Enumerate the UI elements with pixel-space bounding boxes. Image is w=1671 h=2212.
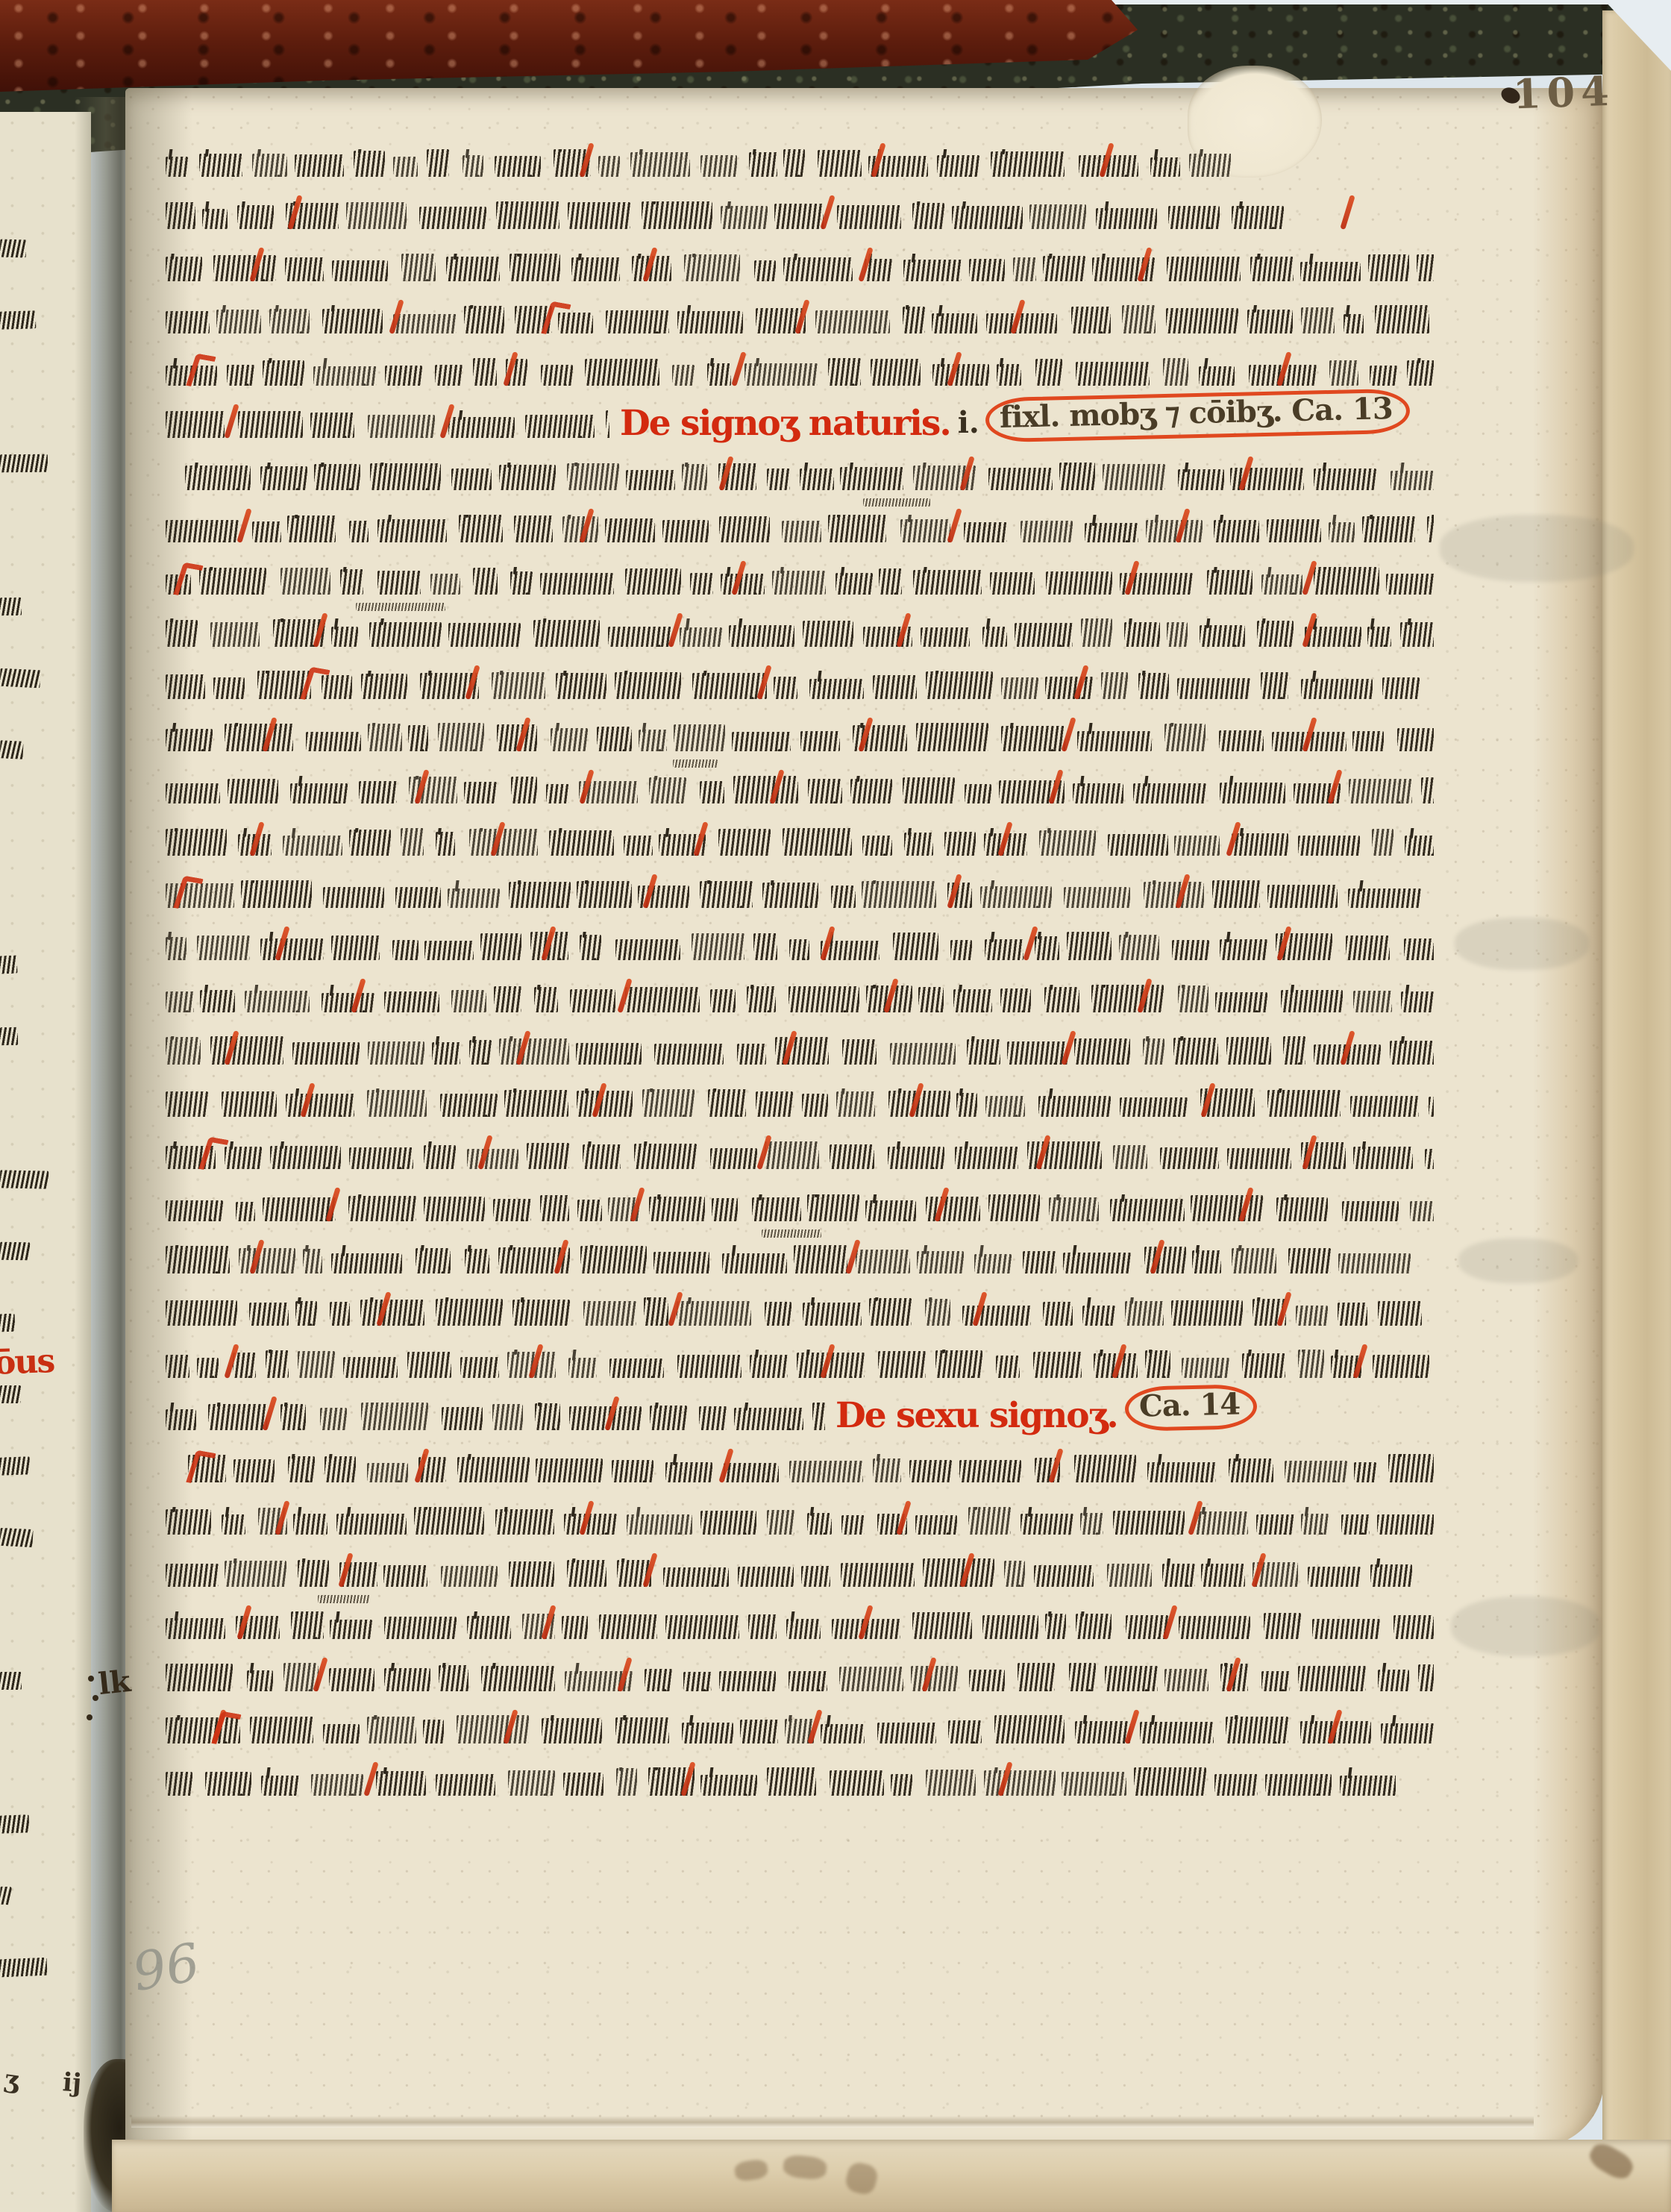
script-word: [492, 1404, 523, 1430]
script-word: [831, 886, 856, 908]
script-word: [1144, 882, 1204, 908]
script-word: [288, 1456, 315, 1482]
script-word: [982, 1615, 1038, 1639]
script-word: [967, 1039, 1000, 1065]
script-word: [233, 1459, 275, 1482]
script-word: [893, 933, 938, 960]
script-word: [1350, 1096, 1419, 1117]
script-word: [1391, 471, 1434, 491]
bottom-crease-line: [131, 2116, 1534, 2128]
script-word: [166, 674, 205, 699]
script-word: [1035, 359, 1062, 386]
script-word: [1368, 254, 1410, 281]
script-run: [166, 1611, 1434, 1639]
show-through-smudge: [1451, 1597, 1600, 1656]
text-line: [166, 1750, 1434, 1802]
script-word: [440, 1094, 498, 1117]
script-word: [964, 522, 1008, 542]
script-word: [1059, 463, 1094, 490]
script-word: [783, 257, 853, 281]
script-word: [1113, 1511, 1185, 1535]
script-word: [733, 776, 797, 803]
script-word: [650, 1406, 687, 1430]
script-word: [469, 1040, 492, 1065]
script-word: [1164, 724, 1206, 751]
script-word: [331, 1253, 402, 1273]
script-word: [752, 1197, 801, 1221]
script-word: [606, 310, 669, 333]
script-word: [754, 260, 776, 281]
script-word: [1348, 889, 1421, 908]
script-word: [1298, 1666, 1366, 1691]
script-word: [1342, 1201, 1399, 1221]
script-word: [994, 1715, 1065, 1743]
script-word: [609, 1359, 664, 1378]
script-word: [303, 1249, 322, 1273]
script-word: [197, 1358, 219, 1378]
script-word: [1064, 887, 1130, 908]
script-word: [842, 1039, 877, 1065]
script-word: [1013, 257, 1036, 281]
script-word: [430, 574, 460, 595]
facing-page-script-fragment: [0, 1672, 22, 1690]
script-word: [750, 1355, 787, 1378]
script-word: [918, 987, 944, 1012]
script-word: [1140, 1722, 1213, 1743]
script-word: [292, 1042, 360, 1065]
facing-page-script-fragment: [0, 1887, 11, 1905]
script-word: [540, 573, 614, 595]
script-word: [762, 883, 818, 908]
script-word: [1103, 464, 1165, 490]
script-word: [499, 1038, 568, 1065]
script-word: [348, 1196, 416, 1221]
script-run: [166, 515, 1434, 542]
script-word: [564, 1514, 617, 1535]
script-word: [830, 1770, 884, 1796]
facing-page-script-fragment: [0, 1958, 48, 1978]
script-word: [654, 1044, 724, 1065]
script-word: [166, 1246, 230, 1273]
bottom-page-edges-stack: [112, 2140, 1671, 2212]
manuscript-photo: De signoʒ naturis.i.fixl. mobʒ ⁊ cōibʒ. …: [0, 0, 1671, 2212]
script-word: [236, 1202, 256, 1221]
script-word: [1314, 567, 1379, 595]
script-word: [1179, 1616, 1250, 1639]
page-edge-curl: [1532, 88, 1604, 2147]
script-word: [662, 520, 709, 542]
facing-page-script-fragment: [0, 740, 24, 759]
script-word: [1049, 1197, 1100, 1221]
script-word: [252, 521, 282, 542]
script-word: [298, 1351, 336, 1378]
script-word: [216, 310, 262, 333]
script-word: [510, 571, 533, 595]
script-word: [644, 1297, 668, 1326]
script-word: [1378, 1301, 1422, 1326]
script-word: [340, 569, 363, 595]
script-word: [329, 1668, 374, 1691]
script-word: [367, 1463, 408, 1482]
script-word: [1267, 519, 1321, 542]
script-word: [311, 1774, 364, 1796]
script-word: [700, 1511, 756, 1535]
script-word: [913, 570, 982, 595]
script-word: [599, 1614, 658, 1639]
script-word: [331, 627, 358, 647]
script-word: [1178, 986, 1208, 1012]
script-word: [436, 832, 455, 856]
script-word: [1421, 777, 1434, 803]
script-word: [467, 1616, 510, 1639]
script-word: [393, 157, 418, 177]
script-word: [1212, 880, 1260, 908]
text-line: [166, 1019, 1434, 1071]
script-word: [911, 1666, 958, 1691]
script-word: [368, 1041, 424, 1065]
script-word: [1301, 1514, 1329, 1535]
script-run: [166, 776, 1434, 803]
script-word: [583, 1144, 621, 1169]
script-word: [944, 832, 976, 856]
script-word: [481, 1666, 555, 1691]
script-word: [1267, 885, 1338, 908]
text-line: [166, 1280, 1434, 1332]
script-word: [700, 1775, 757, 1796]
script-word: [423, 1720, 444, 1743]
script-word: [467, 1149, 518, 1169]
facing-page-script-fragment: [0, 1456, 30, 1475]
script-word: [323, 887, 384, 908]
script-word: [1215, 992, 1267, 1012]
script-word: [1029, 204, 1085, 230]
script-word: [873, 675, 917, 699]
script-word: [1194, 1511, 1249, 1535]
script-word: [1182, 1358, 1229, 1378]
script-word: [1199, 366, 1235, 386]
text-line: [166, 1437, 1434, 1489]
script-word: [567, 463, 619, 490]
script-word: [369, 622, 442, 647]
script-word: [441, 1566, 498, 1587]
script-word: [968, 1507, 1011, 1535]
script-word: [740, 1720, 777, 1743]
script-word: [287, 516, 335, 542]
interlinear-gloss: [863, 498, 930, 507]
script-word: [463, 155, 483, 177]
script-word: [722, 1253, 787, 1273]
script-run: [166, 567, 1434, 595]
text-line: [166, 1176, 1434, 1228]
script-word: [803, 621, 854, 647]
rubric-circled-chapter: Ca. 14: [1124, 1384, 1258, 1432]
script-word: [320, 1408, 347, 1430]
script-run: [166, 880, 1434, 908]
script-word: [1417, 254, 1434, 281]
script-word: [1120, 1097, 1188, 1117]
script-word: [533, 620, 601, 647]
script-word: [862, 836, 892, 856]
script-word: [904, 833, 933, 856]
script-word: [1071, 307, 1111, 333]
script-word: [708, 1089, 747, 1117]
script-word: [1386, 574, 1434, 595]
script-word: [166, 1091, 208, 1117]
script-word: [166, 257, 202, 281]
script-word: [953, 989, 992, 1012]
edge-ink-mark: ij: [62, 2067, 83, 2099]
script-word: [580, 935, 601, 960]
script-word: [1375, 305, 1429, 333]
script-word: [233, 1353, 256, 1378]
script-word: [692, 673, 767, 699]
script-run: [166, 1297, 1434, 1326]
script-word: [991, 151, 1065, 177]
script-word: [672, 365, 695, 386]
script-word: [718, 829, 771, 856]
script-word: [1069, 1663, 1096, 1691]
script-word: [249, 1303, 289, 1326]
script-word: [597, 727, 633, 751]
script-word: [1429, 1097, 1434, 1117]
text-line: [166, 184, 1434, 236]
script-word: [1257, 621, 1294, 647]
script-word: [649, 777, 686, 803]
script-word: [1362, 516, 1414, 542]
script-word: [1242, 1353, 1285, 1378]
script-word: [1023, 1251, 1056, 1273]
script-word: [1076, 362, 1150, 386]
script-word: [541, 365, 574, 386]
script-word: [199, 568, 266, 595]
script-word: [166, 620, 198, 647]
red-virgule: [1340, 195, 1355, 230]
script-word: [1125, 1301, 1164, 1326]
facing-page-script-fragment: [0, 239, 26, 258]
script-word: [585, 359, 659, 386]
script-word: [665, 1615, 740, 1639]
script-word: [1045, 1614, 1066, 1639]
script-word: [280, 1404, 306, 1430]
script-word: [385, 366, 422, 386]
text-line: [166, 1332, 1434, 1385]
script-word: [448, 889, 500, 908]
script-word: [436, 1299, 503, 1326]
script-word: [367, 1090, 427, 1117]
script-word: [841, 1515, 865, 1535]
script-word: [570, 989, 615, 1012]
script-word: [915, 1515, 957, 1535]
script-word: [213, 677, 245, 699]
script-run: [166, 828, 1434, 856]
script-word: [990, 572, 1035, 595]
script-word: [250, 1717, 313, 1743]
script-word: [1372, 829, 1393, 856]
script-word: [909, 1460, 952, 1482]
script-word: [932, 313, 977, 333]
script-word: [427, 149, 449, 177]
script-word: [916, 723, 988, 751]
script-word: [1122, 305, 1156, 333]
script-word: [903, 777, 955, 803]
script-word: [384, 1617, 457, 1639]
script-word: [424, 1145, 456, 1169]
script-word: [1108, 834, 1168, 856]
script-word: [965, 784, 991, 803]
script-word: [1404, 939, 1434, 960]
script-word: [1232, 833, 1289, 856]
script-word: [734, 1408, 803, 1430]
script-word: [1341, 1514, 1370, 1535]
script-word: [606, 410, 609, 438]
script-word: [577, 881, 631, 908]
script-word: [473, 568, 498, 595]
script-word: [384, 991, 439, 1012]
script-word: [197, 936, 250, 960]
script-run: [166, 1350, 1434, 1378]
script-word: [1147, 1462, 1215, 1482]
script-word: [295, 154, 344, 177]
script-word: [712, 1198, 738, 1221]
script-word: [1085, 523, 1138, 542]
script-word: [710, 1148, 757, 1169]
script-word: [684, 254, 740, 281]
script-word: [665, 1462, 712, 1482]
script-word: [202, 209, 228, 229]
script-word: [840, 467, 903, 490]
script-word: [1000, 988, 1031, 1012]
script-word: [869, 1298, 912, 1326]
script-word: [1096, 208, 1157, 229]
script-word: [639, 730, 667, 751]
script-word: [376, 1771, 426, 1796]
script-word: [1163, 358, 1188, 386]
script-word: [1378, 1670, 1409, 1691]
script-word: [815, 310, 890, 333]
script-word: [719, 1671, 775, 1691]
script-word: [377, 571, 421, 595]
script-word: [888, 1147, 944, 1169]
marginal-dots: [88, 1676, 94, 1682]
script-word: [166, 1772, 192, 1796]
facing-page-script-fragment: [0, 1528, 34, 1547]
rubric-circled-chapter: fixl. mobʒ ⁊ cōibʒ. Ca. 13: [985, 389, 1410, 443]
script-word: [1276, 1197, 1328, 1221]
script-word: [166, 937, 186, 960]
script-word: [1338, 1253, 1411, 1273]
script-word: [383, 1565, 427, 1587]
script-word: [269, 309, 310, 333]
script-word: [247, 1670, 273, 1691]
script-word: [625, 568, 681, 595]
script-run: [166, 932, 1434, 960]
script-word: [166, 202, 195, 229]
script-word: [448, 417, 515, 438]
script-word: [222, 1514, 245, 1535]
text-line: [166, 1541, 1434, 1594]
text-line: De sexu signoʒ.Ca. 14: [166, 1385, 1434, 1437]
script-word: [1105, 1666, 1157, 1691]
script-run: [166, 149, 1231, 177]
script-word: [549, 830, 614, 856]
script-word: [974, 1254, 1012, 1273]
script-word: [1283, 1036, 1305, 1065]
script-word: [1178, 469, 1225, 490]
script-word: [1077, 731, 1151, 751]
script-word: [782, 521, 821, 542]
script-word: [361, 1403, 428, 1430]
script-word: [850, 779, 892, 803]
script-word: [401, 828, 424, 856]
script-word: [291, 1611, 324, 1639]
script-word: [794, 1245, 848, 1273]
script-word: [980, 886, 1052, 908]
script-word: [583, 1301, 636, 1326]
script-word: [1232, 206, 1285, 229]
script-word: [448, 623, 521, 647]
script-word: [1201, 1564, 1245, 1587]
script-word: [166, 1564, 219, 1587]
script-word: [1166, 308, 1238, 333]
script-word: [1400, 622, 1434, 647]
script-word: [1367, 627, 1391, 647]
script-word: [349, 521, 369, 542]
script-word: [514, 516, 553, 542]
script-word: [828, 515, 886, 542]
script-word: [414, 1507, 484, 1535]
script-word: [393, 314, 457, 333]
page-number-ink: 104: [1512, 67, 1616, 119]
script-word: [616, 1768, 636, 1796]
script-word: [330, 1302, 349, 1326]
script-word: [166, 729, 213, 751]
script-word: [343, 1357, 397, 1378]
text-line: [166, 967, 1434, 1019]
script-word: [567, 1560, 606, 1587]
script-word: [653, 1252, 709, 1273]
script-word: [682, 1723, 733, 1743]
script-word: [789, 986, 859, 1012]
script-word: [700, 781, 724, 803]
rubric-red-text: De sexu signoʒ.: [835, 1398, 1117, 1433]
script-word: [808, 779, 842, 803]
script-word: [903, 260, 962, 281]
script-word: [959, 1460, 1021, 1482]
script-word: [1247, 310, 1294, 333]
script-word: [213, 255, 276, 282]
script-word: [774, 204, 824, 229]
text-line: [166, 915, 1434, 967]
script-word: [921, 627, 970, 647]
script-run: [166, 1558, 1434, 1587]
facing-page-script-fragment: [0, 1242, 30, 1261]
script-word: [496, 201, 560, 229]
script-word: [627, 1514, 692, 1535]
script-word: [721, 206, 768, 229]
script-word: [756, 1091, 793, 1117]
script-word: [729, 625, 794, 647]
script-word: [361, 674, 407, 699]
script-word: [166, 991, 194, 1012]
script-word: [1329, 360, 1358, 386]
script-word: [1119, 935, 1159, 960]
script-word: [556, 673, 606, 699]
script-word: [1301, 307, 1335, 333]
script-word: [1405, 836, 1434, 856]
script-word: [1200, 625, 1245, 647]
script-word: [873, 1459, 901, 1482]
script-word: [535, 1403, 560, 1430]
